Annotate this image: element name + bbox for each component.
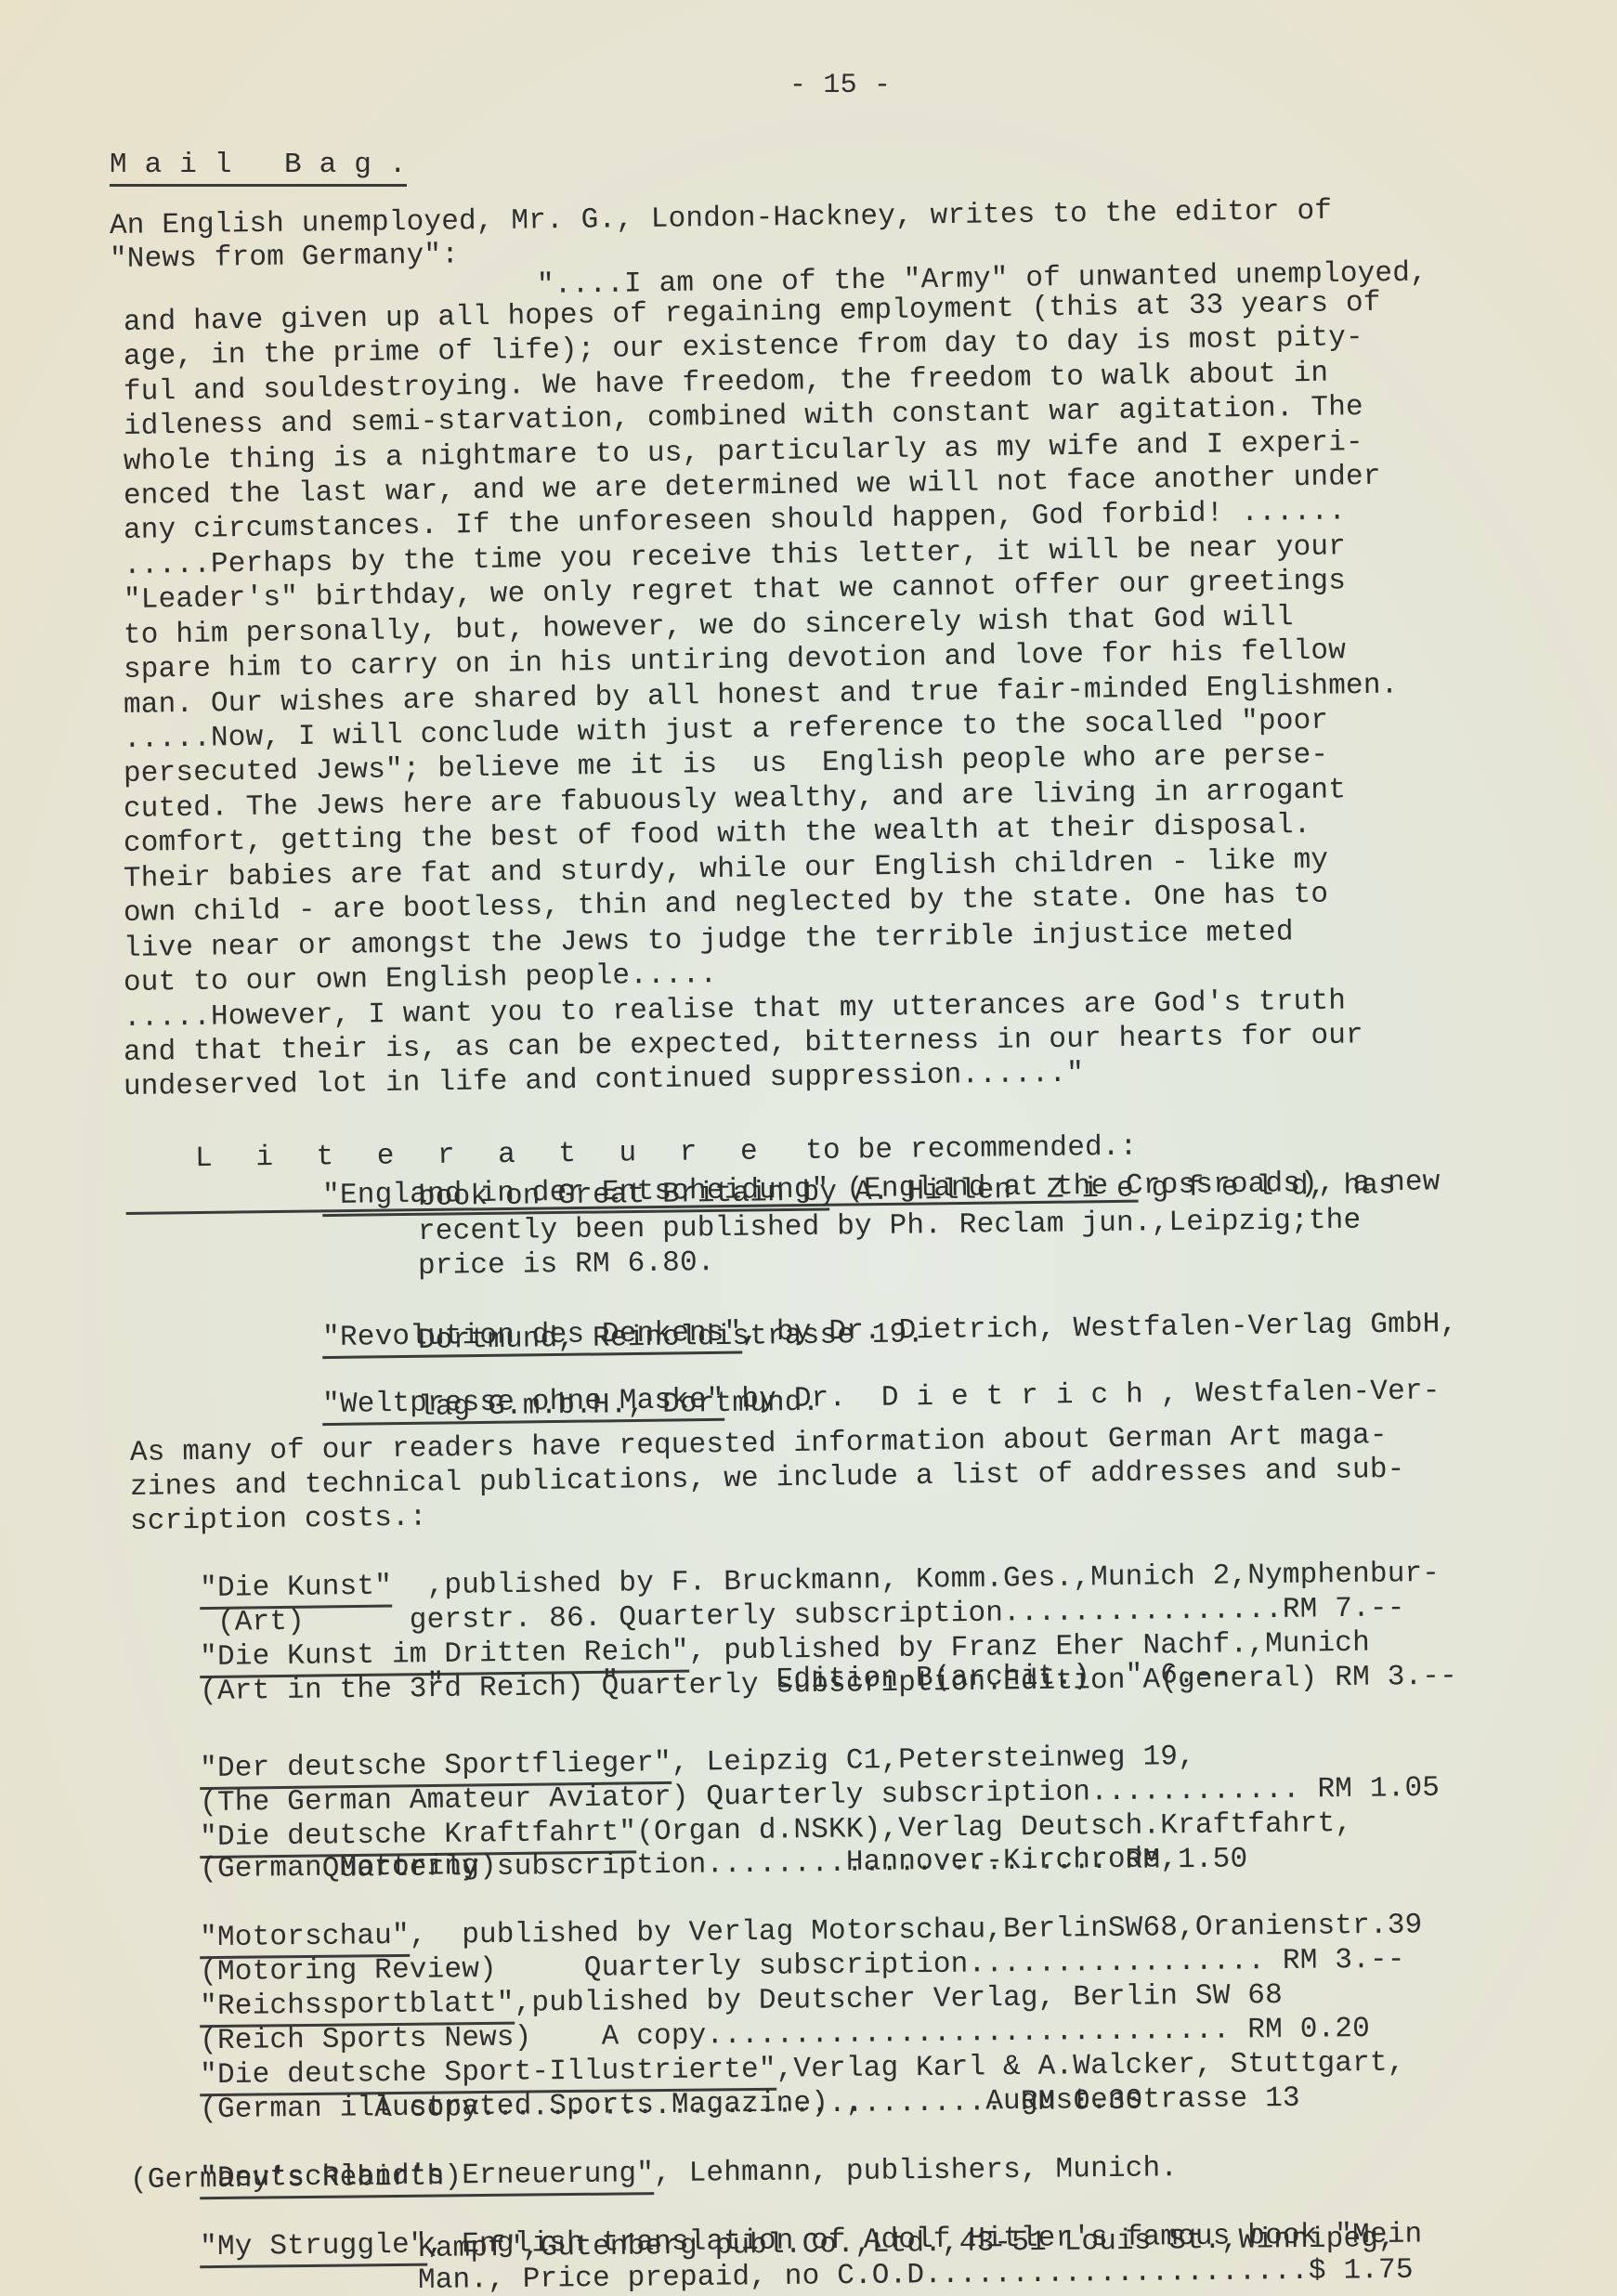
literature-item-line: lag G.m.b.H., Dortmund. <box>418 1387 820 1425</box>
mail-bag-intro-line: "News from Germany": <box>110 239 459 277</box>
letter-line: out to our own English people..... <box>124 959 718 1000</box>
magazine-subtitle: (Germany's Rebirth) <box>130 2160 463 2198</box>
document-page: - 15 - M a i l B a g . An English unempl… <box>0 0 1617 2296</box>
magazine-title: "My Struggle" <box>200 2229 427 2269</box>
literature-item-line: price is RM 6.80. <box>418 1246 715 1284</box>
mail-bag-heading: M a i l B a g . <box>110 149 407 187</box>
magazines-intro-line: scription costs.: <box>130 1502 427 1539</box>
mail-bag-intro-line: An English unemployed, Mr. G., London-Ha… <box>110 195 1333 243</box>
page-number: - 15 - <box>789 69 891 102</box>
